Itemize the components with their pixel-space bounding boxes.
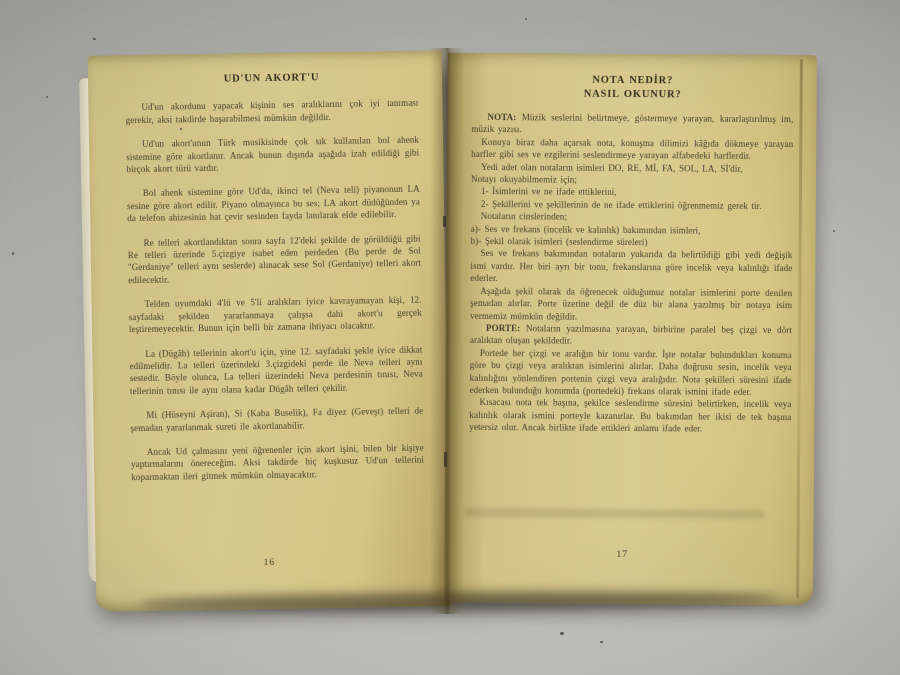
page-number-right: 17 (616, 550, 628, 560)
left-page-title: UD'UN AKORT'U (125, 71, 418, 88)
dust-speck (93, 38, 96, 40)
paragraph: Mi (Hüseyni Aşiran), Si (Kaba Buselik), … (130, 405, 423, 434)
staple (443, 216, 446, 227)
dust-speck (180, 128, 182, 130)
page-number-left: 16 (264, 558, 276, 568)
paragraph: Portede her çizgi ve aralığın bir tonu v… (470, 347, 792, 399)
ink-showthrough (465, 508, 765, 519)
staple (444, 452, 447, 467)
paragraph: PORTE: Notaların yazılmasına yarayan, bi… (470, 322, 792, 349)
paragraph: La (Dügâh) tellerinin akort'u için, yine… (129, 343, 423, 397)
paragraph: Ud'un akort'unun Türk musikisinde çok sı… (126, 134, 420, 176)
paragraph: Re telleri akortlandıktan sonra sayfa 12… (128, 232, 422, 286)
dust-speck (46, 96, 48, 98)
right-page-title: NOTA NEDİR? NASIL OKUNUR? (472, 73, 794, 103)
paragraph: Bol ahenk sistemine göre Ud'da, ikinci t… (127, 183, 421, 225)
right-page-text: NOTA NEDİR? NASIL OKUNUR? NOTA: Müzik se… (469, 73, 794, 436)
dust-speck (833, 230, 835, 232)
right-page-title-line1: NOTA NEDİR? (592, 75, 673, 87)
paragraph: Ses ve frekans bakımından notaların yuka… (470, 247, 792, 286)
term-porte: PORTE: (486, 323, 520, 333)
dust-speck (12, 252, 14, 255)
dust-speck (600, 641, 603, 643)
table-surface: UD'UN AKORT'U Ud'un akordunu yapacak kiş… (0, 0, 900, 675)
paragraph: Telden uyumdaki 4'lü ve 5'li aralıkları … (128, 294, 422, 336)
paragraph: Ud'un akordunu yapacak kişinin ses aralı… (125, 97, 418, 126)
paragraph: Konuya biraz daha açarsak nota, konuşma … (471, 136, 793, 163)
paragraph: Ancak Ud çalmasını yeni öğrenenler için … (131, 442, 425, 484)
dust-speck (525, 18, 527, 20)
paragraph: NOTA: Müzik seslerini belirtmeye, göster… (471, 111, 793, 138)
paragraph: Kısacası nota tek başına, şekilce seslen… (469, 396, 791, 435)
left-page: UD'UN AKORT'U Ud'un akordunu yapacak kiş… (88, 50, 451, 611)
right-page: NOTA NEDİR? NASIL OKUNUR? NOTA: Müzik se… (444, 53, 817, 606)
left-page-text: UD'UN AKORT'U Ud'un akordunu yapacak kiş… (125, 71, 425, 496)
paragraph: Aşağıda şekil olarak da öğrenecek olduğu… (470, 285, 792, 324)
page-fore-edge (796, 59, 803, 598)
definition-text: Müzik seslerini belirtmeye, göstermeye y… (471, 112, 793, 134)
dust-speck (560, 632, 564, 635)
term-nota: NOTA: (487, 112, 516, 122)
right-page-title-line2: NASIL OKUNUR? (584, 89, 682, 101)
